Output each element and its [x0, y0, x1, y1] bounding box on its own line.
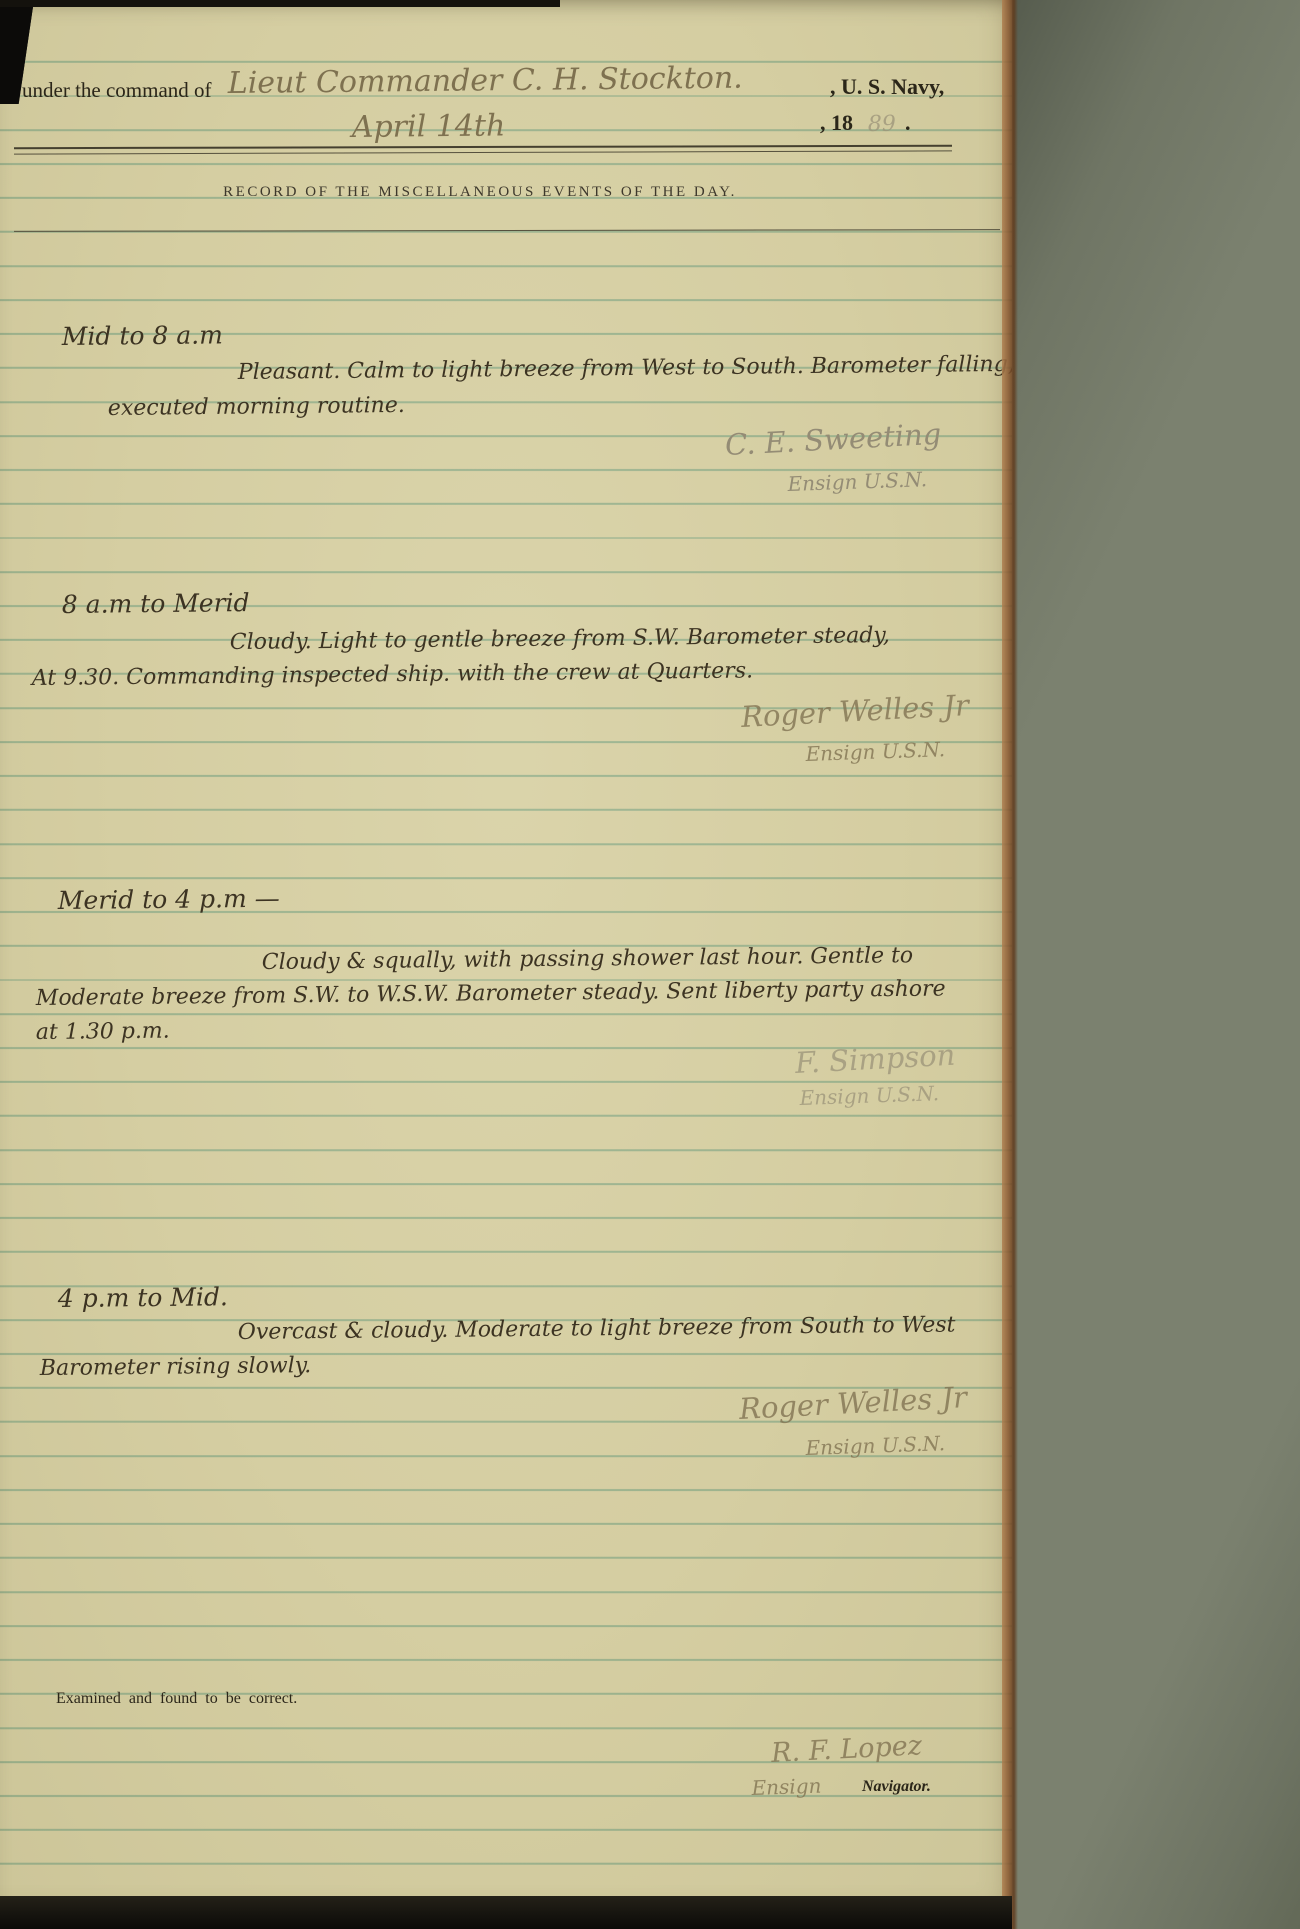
- entry-line: executed morning routine.: [108, 393, 405, 421]
- entry-line: Cloudy & squally, with passing shower la…: [262, 943, 914, 975]
- officer-rank: Ensign U.S.N.: [787, 467, 927, 496]
- header-rule-top: [14, 145, 952, 149]
- entry-line: at 1.30 p.m.: [36, 1019, 170, 1045]
- entry-line: Cloudy. Light to gentle breeze from S.W.…: [230, 623, 890, 655]
- watch-heading: Mid to 8 a.m: [62, 320, 223, 351]
- watch-heading: Merid to 4 p.m —: [58, 884, 280, 915]
- section-rule: [14, 229, 1000, 232]
- printed-navy-suffix: , U. S. Navy,: [830, 74, 944, 100]
- examined-statement: Examined and found to be correct.: [56, 1690, 297, 1708]
- navigator-rank-handwritten: Ensign: [751, 1774, 822, 1800]
- logbook-page: under the command of Lieut Commander C. …: [0, 0, 1012, 1900]
- scan-bottom-edge: [0, 1896, 1012, 1929]
- officer-signature: C. E. Sweeting: [724, 417, 942, 462]
- commander-name-handwritten: Lieut Commander C. H. Stockton.: [228, 61, 743, 101]
- watch-heading: 8 a.m to Merid: [62, 588, 250, 619]
- officer-rank: Ensign U.S.N.: [799, 1081, 939, 1110]
- entry-line: Moderate breeze from S.W. to W.S.W. Baro…: [36, 976, 946, 1011]
- header-rule-bottom: [14, 150, 952, 154]
- watch-heading: 4 p.m to Mid.: [58, 1282, 228, 1313]
- printed-command-prefix: under the command of: [22, 78, 212, 103]
- entry-line: Barometer rising slowly.: [40, 1353, 312, 1381]
- section-title: RECORD OF THE MISCELLANEOUS EVENTS OF TH…: [0, 184, 960, 201]
- entry-line: Overcast & cloudy. Moderate to light bre…: [238, 1312, 956, 1345]
- navigator-signature: R. F. Lopez: [770, 1730, 922, 1769]
- entry-line: Pleasant. Calm to light breeze from West…: [238, 352, 1015, 385]
- officer-signature: Roger Welles Jr: [738, 1380, 967, 1426]
- date-handwritten: April 14th: [352, 108, 506, 145]
- officer-rank: Ensign U.S.N.: [805, 737, 945, 766]
- printed-year-prefix: , 18: [820, 110, 853, 136]
- entry-line: At 9.30. Commanding inspected ship. with…: [32, 658, 753, 691]
- logbook-scan: { "header": { "printed_prefix": "under t…: [0, 0, 1300, 1929]
- year-handwritten: 89: [868, 112, 896, 137]
- printed-year-period: .: [905, 110, 911, 136]
- book-page-edges: [1012, 0, 1300, 1929]
- binding-edge: [1002, 0, 1018, 1929]
- officer-signature: Roger Welles Jr: [740, 688, 969, 734]
- officer-rank: Ensign U.S.N.: [805, 1431, 945, 1460]
- scan-top-edge: [0, 0, 560, 7]
- officer-signature: F. Simpson: [794, 1038, 956, 1080]
- printed-navigator-label: Navigator.: [862, 1778, 931, 1796]
